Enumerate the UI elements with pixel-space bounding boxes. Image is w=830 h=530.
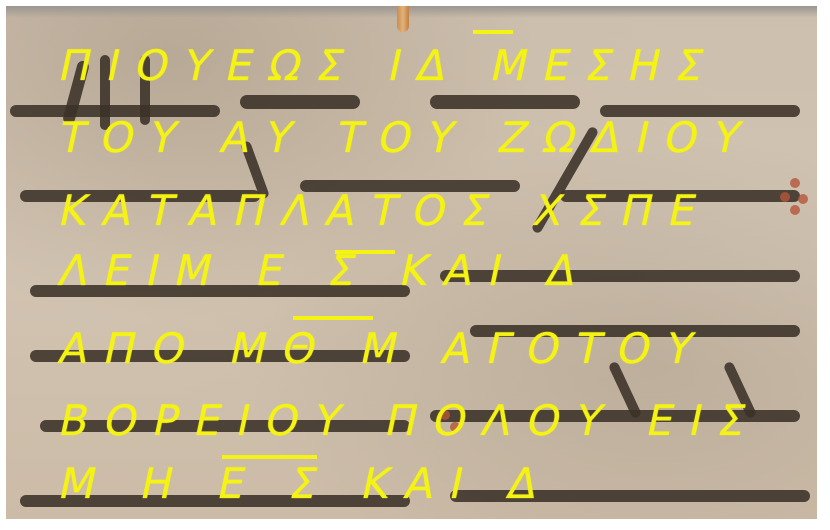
overline-mark	[335, 250, 395, 254]
transcription-line-5: ΑΠΟ ΜΘ Μ ΑΓΟΤΟΥ	[56, 328, 713, 370]
red-dot	[798, 194, 808, 204]
transcription-line-4: ΛΕΙΜ Ε Σ ΚΑΙ Δ	[56, 250, 597, 292]
manuscript-image: ΠΙΟΥΕΩΣ ΙΔ ΜΕΣΗΣ ΤΟΥ ΑΥ ΤΟΥ ΖΩΔΙΟΥ ΚΑΤΑΠ…	[0, 0, 830, 530]
transcription-line-6: ΒΟΡΕΙΟΥ ΠΟΛΟΥ ΕΙΣ	[56, 400, 766, 442]
wooden-peg	[397, 6, 409, 32]
transcription-line-1: ΠΙΟΥΕΩΣ ΙΔ ΜΕΣΗΣ	[56, 45, 724, 87]
red-dot	[780, 192, 790, 202]
torn-edge	[6, 6, 817, 18]
transcription-line-7: Μ Η Ε Σ ΚΑΙ Δ	[56, 463, 558, 505]
red-dot	[790, 178, 800, 188]
transcription-line-2: ΤΟΥ ΑΥ ΤΟΥ ΖΩΔΙΟΥ	[56, 117, 761, 159]
red-dot	[790, 205, 800, 215]
overline-mark	[293, 316, 373, 320]
transcription-line-3: ΚΑΤΑΠΛΑΤΟΣ ΧΣΠΕ	[56, 190, 717, 232]
overline-mark	[473, 30, 513, 34]
overline-mark	[222, 455, 317, 459]
